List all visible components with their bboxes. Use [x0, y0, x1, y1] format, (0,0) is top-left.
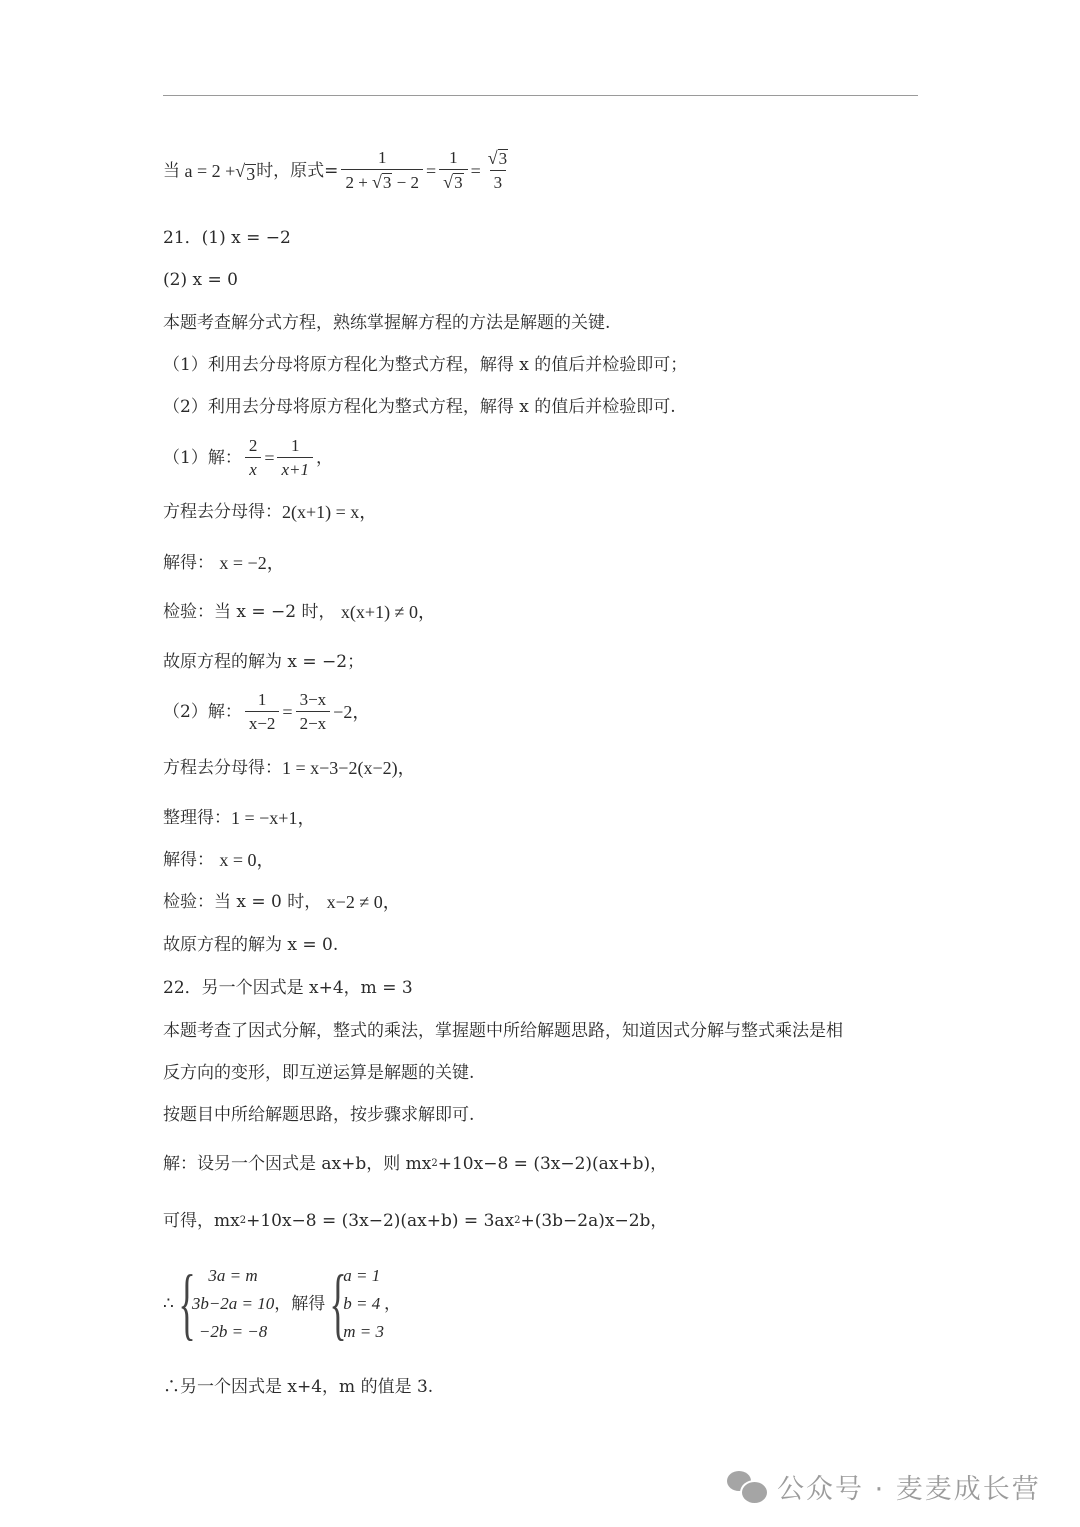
q22-analysis-1: 本题考查了因式分解，整式的乘法，掌握题中所给解题思路，知道因式分解与整式乘法是相 — [163, 1019, 843, 1043]
q21-part2-conclusion: 故原方程的解为 x = 0. — [163, 933, 338, 957]
q21-hint-1: （1）利用去分母将原方程化为整式方程，解得 x 的值后并检验即可； — [163, 353, 687, 377]
header-rule — [163, 95, 918, 96]
fraction: √3 3 — [484, 148, 512, 193]
q21-part1-step1: 方程去分母得：2(x+1) = x， — [163, 500, 377, 524]
equals: = — [471, 159, 481, 183]
label: （2）解： — [163, 700, 242, 724]
q21-analysis: 本题考查解分式方程，熟练掌握解方程的方法是解题的关键. — [163, 311, 610, 335]
q21-part1-step2: 解得： x = −2， — [163, 551, 285, 575]
fraction: 1x−2 — [245, 690, 280, 734]
q21-part2-check: 检验：当 x = 0 时， x−2 ≠ 0， — [163, 890, 401, 914]
fraction: 1 √3 — [439, 148, 467, 193]
equals: = — [282, 700, 292, 724]
q22-answer: 22．另一个因式是 x+4，m = 3 — [163, 976, 413, 1000]
q22-system: ∴ { 3a = m 3b−2a = 10 −2b = −8 ，解得 { a =… — [163, 1262, 401, 1346]
therefore-symbol: ∴ — [163, 1292, 174, 1316]
equation-system-2: { a = 1 b = 4 m = 3 — [325, 1262, 384, 1346]
q21-part2-equation: （2）解： 1x−2 = 3−x2−x −2， — [163, 690, 370, 734]
watermark: 公众号 · 麦麦成长营 — [727, 1467, 1041, 1506]
q22-analysis-2: 反方向的变形，即互逆运算是解题的关键. — [163, 1061, 474, 1085]
q22-conclusion: ∴另一个因式是 x+4，m 的值是 3. — [163, 1375, 433, 1399]
equals: = — [264, 446, 274, 470]
sqrt: √3 — [235, 159, 256, 183]
text: 时，原式= — [256, 159, 338, 183]
fraction: 1 2 + √3 − 2 — [341, 148, 423, 193]
q21-part1-equation: （1）解： 2x = 1x+1 ， — [163, 436, 333, 480]
q21-answer-2: (2) x = 0 — [163, 268, 238, 292]
fraction: 2x — [245, 436, 262, 480]
q21-part1-check: 检验：当 x = −2 时， x(x+1) ≠ 0， — [163, 600, 436, 624]
q21-part2-step2: 整理得：1 = −x+1， — [163, 806, 315, 830]
label: （1）解： — [163, 446, 242, 470]
q21-part1-conclusion: 故原方程的解为 x = −2； — [163, 650, 364, 674]
q21-part2-step3: 解得： x = 0， — [163, 848, 275, 872]
text: 当 — [163, 159, 180, 183]
q22-solution-1: 解：设另一个因式是 ax+b，则 mx2 +10x−8 = (3x−2)(ax+… — [163, 1152, 667, 1176]
math: a = 2 + — [180, 159, 235, 183]
substitution-line: 当 a = 2 + √3 时，原式= 1 2 + √3 − 2 = 1 √3 =… — [163, 148, 515, 193]
q21-part2-step1: 方程去分母得：1 = x−3−2(x−2)， — [163, 756, 416, 780]
fraction: 1x+1 — [277, 436, 313, 480]
tail: −2， — [333, 700, 370, 724]
q21-hint-2: （2）利用去分母将原方程化为整式方程，解得 x 的值后并检验即可. — [163, 395, 676, 419]
fraction: 3−x2−x — [296, 690, 331, 734]
equals: = — [426, 159, 436, 183]
q22-solution-2: 可得，mx2 +10x−8 = (3x−2)(ax+b) = 3ax2 +(3b… — [163, 1209, 667, 1233]
q22-hint: 按题目中所给解题思路，按步骤求解即可. — [163, 1103, 474, 1127]
comma: ， — [316, 446, 333, 470]
watermark-text: 公众号 · 麦麦成长营 — [777, 1467, 1041, 1506]
solve-label: ，解得 — [274, 1292, 325, 1316]
q21-answer-1: 21．(1) x = −2 — [163, 226, 291, 250]
wechat-icon — [727, 1471, 767, 1503]
equation-system-1: { 3a = m 3b−2a = 10 −2b = −8 — [174, 1262, 274, 1346]
